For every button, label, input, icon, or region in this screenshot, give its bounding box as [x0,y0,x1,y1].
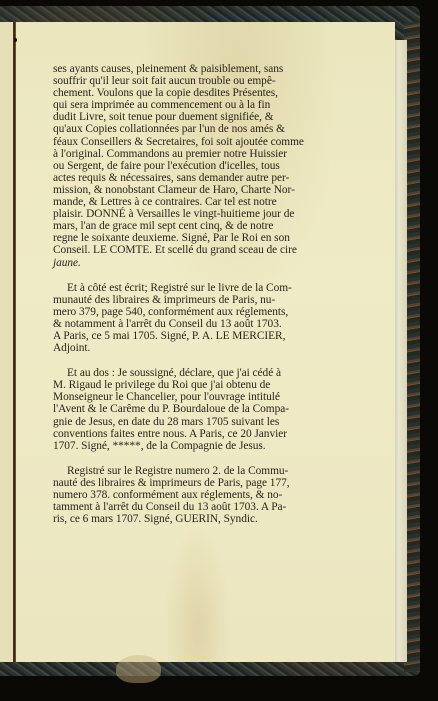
text-line: munauté des libraires & imprimeurs de Pa… [53,294,313,306]
text-line: ses ayants causes, pleinement & paisible… [53,63,313,75]
text-line: & notamment à l'arrêt du Conseil du 13 a… [53,318,313,330]
text-line: qui sera imprimée au commencement ou à l… [53,99,313,111]
text-line: ris, ce 6 mars 1707. Signé, GUERIN, Synd… [53,513,313,525]
paragraph-registration-1705: Et à côté est écrit; Registré sur le liv… [53,282,313,355]
paragraph-privilege-end: ses ayants causes, pleinement & paisible… [53,63,313,269]
text-line: 1707. Signé, *****, de la Compagnie de J… [53,440,313,452]
text-line: souffrir qu'il leur soit fait aucun trou… [53,75,313,87]
text-line: actes requis & nécessaires, sans demande… [53,172,313,184]
text-line: chement. Voulons que la copie desdites P… [53,87,313,99]
text-line: l'Avent & le Carême du P. Bourdaloue de … [53,403,313,415]
text-line: féaux Conseillers & Secretaires, foi soi… [53,136,313,148]
text-line: mande, & Lettres à ce contraires. Car te… [53,196,313,208]
text-line: Conseil. LE COMTE. Et scellé du grand sc… [53,244,313,256]
text-line: tamment à l'arrêt du Conseil du 13 août … [53,501,313,513]
text-line: mission, & nonobstant Clameur de Haro, C… [53,184,313,196]
text-line: regne le soixante deuxieme. Signé, Par l… [53,232,313,244]
text-line: numero 378. conformément aux réglements,… [53,489,313,501]
text-line: Adjoint. [53,342,313,354]
text-line: M. Rigaud le privilege du Roi que j'ai o… [53,379,313,391]
text-line: plaisir. DONNÉ à Versailles le vingt-hui… [53,208,313,220]
text-line: Monseigneur le Chancelier, pour l'ouvrag… [53,391,313,403]
text-line: Registré sur le Registre numero 2. de la… [53,465,313,477]
text-line: Et à côté est écrit; Registré sur le liv… [53,282,313,294]
water-stain [116,655,161,683]
text-line: mars, l'an de grace mil sept cent cinq, … [53,220,313,232]
text-line: dudit Livre, soit tenue pour duement sig… [53,111,313,123]
text-line: qu'aux Copies collationnées par l'un de … [53,123,313,135]
text-line: A Paris, ce 5 mai 1705. Signé, P. A. LE … [53,330,313,342]
left-leaf-edge [0,22,13,662]
paragraph-registration-1707: Registré sur le Registre numero 2. de la… [53,465,313,525]
text-line: gnie de Jesus, en date du 28 mars 1705 s… [53,416,313,428]
ink-spot [14,38,17,42]
page-text: ses ayants causes, pleinement & paisible… [53,63,313,538]
gutter-fold [13,22,16,662]
text-line: jaune. [53,257,313,269]
text-line: Et au dos : Je soussigné, déclare, que j… [53,367,313,379]
paragraph-cession-1707: Et au dos : Je soussigné, déclare, que j… [53,367,313,452]
text-line: ou Sergent, de faire pour l'exécution d'… [53,160,313,172]
text-line: à l'original. Commandons au premier notr… [53,148,313,160]
text-line: mero 379, page 540, conformément aux rég… [53,306,313,318]
text-line: conventions faites entre nous. A Paris, … [53,428,313,440]
text-line: nauté des libraires & imprimeurs de Pari… [53,477,313,489]
